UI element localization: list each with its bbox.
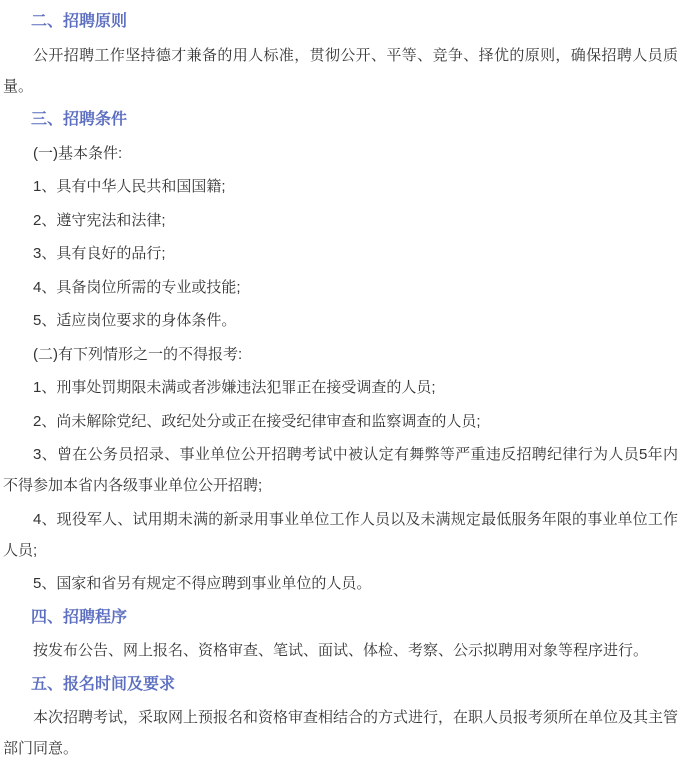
paragraph: 5、适应岗位要求的身体条件。 <box>3 305 678 336</box>
paragraph: 5、国家和省另有规定不得应聘到事业单位的人员。 <box>3 568 678 599</box>
paragraph: 3、具有良好的品行; <box>3 238 678 269</box>
paragraph: 1、具有中华人民共和国国籍; <box>3 171 678 202</box>
section-heading: 四、招聘程序 <box>3 602 678 633</box>
section-heading: 五、报名时间及要求 <box>3 669 678 700</box>
section-heading: 三、招聘条件 <box>3 104 678 135</box>
paragraph: 2、遵守宪法和法律; <box>3 205 678 236</box>
paragraph: 4、现役军人、试用期未满的新录用事业单位工作人员以及未满规定最低服务年限的事业单… <box>3 504 678 566</box>
section-heading: 二、招聘原则 <box>3 6 678 37</box>
paragraph: 本次招聘考试，采取网上预报名和资格审查相结合的方式进行，在职人员报考须所在单位及… <box>3 702 678 760</box>
paragraph: 4、具备岗位所需的专业或技能; <box>3 272 678 303</box>
paragraph: 2、尚未解除党纪、政纪处分或正在接受纪律审查和监察调查的人员; <box>3 406 678 437</box>
paragraph: (一)基本条件: <box>3 138 678 169</box>
paragraph: 3、曾在公务员招录、事业单位公开招聘考试中被认定有舞弊等严重违反招聘纪律行为人员… <box>3 439 678 501</box>
paragraph: (二)有下列情形之一的不得报考: <box>3 339 678 370</box>
document-body: 二、招聘原则公开招聘工作坚持德才兼备的用人标准，贯彻公开、平等、竞争、择优的原则… <box>0 0 681 760</box>
paragraph: 1、刑事处罚期限未满或者涉嫌违法犯罪正在接受调查的人员; <box>3 372 678 403</box>
paragraph: 公开招聘工作坚持德才兼备的用人标准，贯彻公开、平等、竞争、择优的原则，确保招聘人… <box>3 40 678 102</box>
paragraph: 按发布公告、网上报名、资格审查、笔试、面试、体检、考察、公示拟聘用对象等程序进行… <box>3 635 678 666</box>
